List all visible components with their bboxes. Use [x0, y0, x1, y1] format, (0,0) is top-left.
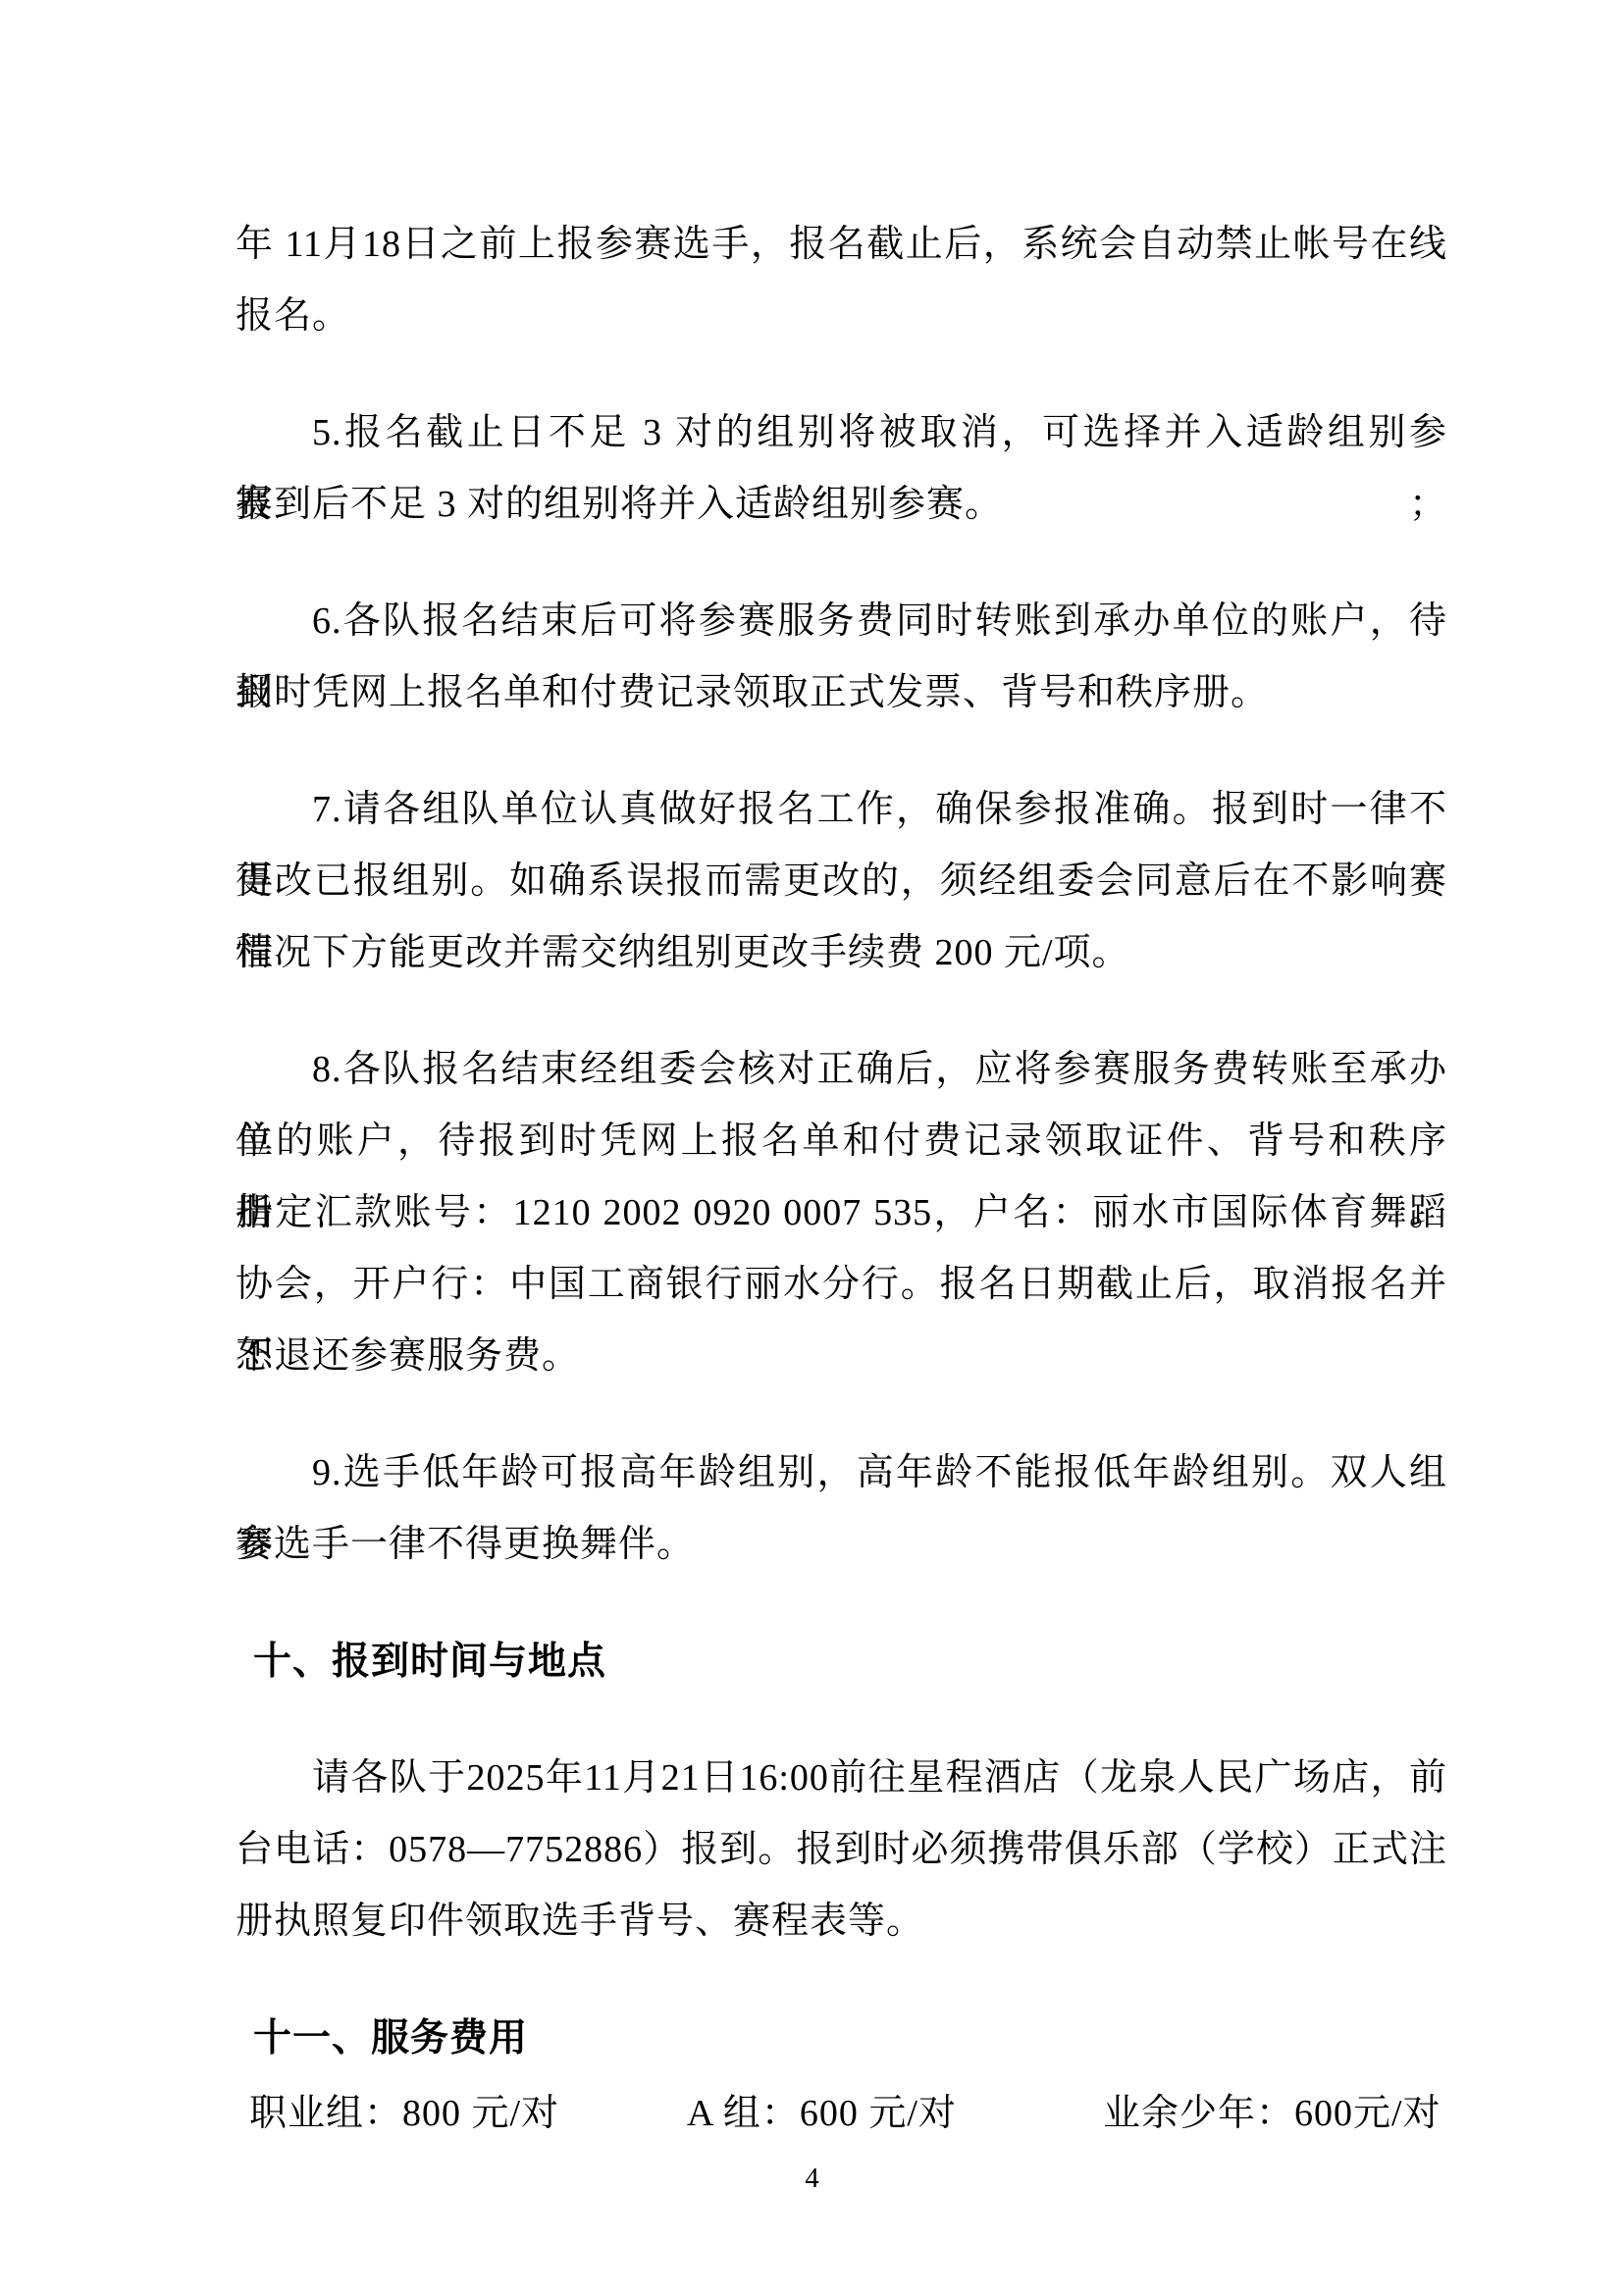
list-item-9: 9.选手低年龄可报高年龄组别，高年龄不能报低年龄组别。双人组参 赛选手一律不得更…	[236, 1437, 1447, 1581]
list-item-5: 5.报名截止日不足 3 对的组别将被取消，可选择并入适龄组别参赛； 报到后不足 …	[236, 397, 1447, 541]
list-item-7: 7.请各组队单位认真做好报名工作，确保参报准确。报到时一律不得 更改已报组别。如…	[236, 774, 1447, 989]
text-line: 情况下方能更改并需交纳组别更改手续费 200 元/项。	[236, 917, 1447, 989]
page-number: 4	[0, 2159, 1624, 2198]
list-item-8: 8.各队报名结束经组委会核对正确后，应将参赛服务费转账至承办单 位的账户，待报到…	[236, 1034, 1447, 1392]
document-page: 年 11月18日之前上报参赛选手，报名截止后，系统会自动禁止帐号在线 报名。 5…	[0, 0, 1624, 2295]
section-10-paragraph: 请各队于2025年11月21日16:00前往星程酒店（龙泉人民广场店，前 台电话…	[236, 1743, 1447, 1957]
fee-schedule-row: 职业组：800 元/对 A 组：600 元/对 业余少年：600元/对	[236, 2078, 1447, 2150]
document-body: 年 11月18日之前上报参赛选手，报名截止后，系统会自动禁止帐号在线 报名。 5…	[236, 209, 1447, 2150]
text-line: 9.选手低年龄可报高年龄组别，高年龄不能报低年龄组别。双人组参	[236, 1437, 1447, 1509]
text-line: 请各队于2025年11月21日16:00前往星程酒店（龙泉人民广场店，前	[236, 1743, 1447, 1814]
text-line: 报名。	[236, 281, 1447, 352]
text-line: 6.各队报名结束后可将参赛服务费同时转账到承办单位的账户，待报	[236, 586, 1447, 657]
fee-amateur-youth-group: 业余少年：600元/对	[1103, 2078, 1441, 2150]
text-line: 7.请各组队单位认真做好报名工作，确保参报准确。报到时一律不得	[236, 774, 1447, 846]
text-line: 赛选手一律不得更换舞伴。	[236, 1509, 1447, 1581]
fee-a-group: A 组：600 元/对	[687, 2078, 957, 2150]
text-line: 年 11月18日之前上报参赛选手，报名截止后，系统会自动禁止帐号在线	[236, 209, 1447, 281]
section-heading-11-service-fees: 十一、服务费用	[236, 2003, 1447, 2074]
text-line: 8.各队报名结束经组委会核对正确后，应将参赛服务费转账至承办单	[236, 1034, 1447, 1106]
text-line: 册执照复印件领取选手背号、赛程表等。	[236, 1886, 1447, 1957]
text-line: 台电话：0578—7752886）报到。报到时必须携带俱乐部（学校）正式注	[236, 1814, 1447, 1886]
text-line: 位的账户，待报到时凭网上报名单和付费记录领取证件、背号和秩序册。	[236, 1106, 1447, 1177]
text-line: 到时凭网上报名单和付费记录领取正式发票、背号和秩序册。	[236, 657, 1447, 729]
list-item-6: 6.各队报名结束后可将参赛服务费同时转账到承办单位的账户，待报 到时凭网上报名单…	[236, 586, 1447, 729]
text-line: 5.报名截止日不足 3 对的组别将被取消，可选择并入适龄组别参赛；	[236, 397, 1447, 469]
section-heading-10-checkin-time-place: 十、报到时间与地点	[236, 1626, 1447, 1697]
paragraph-4-continuation: 年 11月18日之前上报参赛选手，报名截止后，系统会自动禁止帐号在线 报名。	[236, 209, 1447, 352]
fee-professional-group: 职业组：800 元/对	[249, 2078, 559, 2150]
text-line: 指定汇款账号：1210 2002 0920 0007 535，户名：丽水市国际体…	[236, 1177, 1447, 1249]
text-line: 不退还参赛服务费。	[236, 1321, 1447, 1392]
text-line: 协会，开户行：中国工商银行丽水分行。报名日期截止后，取消报名并恕	[236, 1249, 1447, 1321]
text-line: 更改已报组别。如确系误报而需更改的，须经组委会同意后在不影响赛程	[236, 846, 1447, 917]
